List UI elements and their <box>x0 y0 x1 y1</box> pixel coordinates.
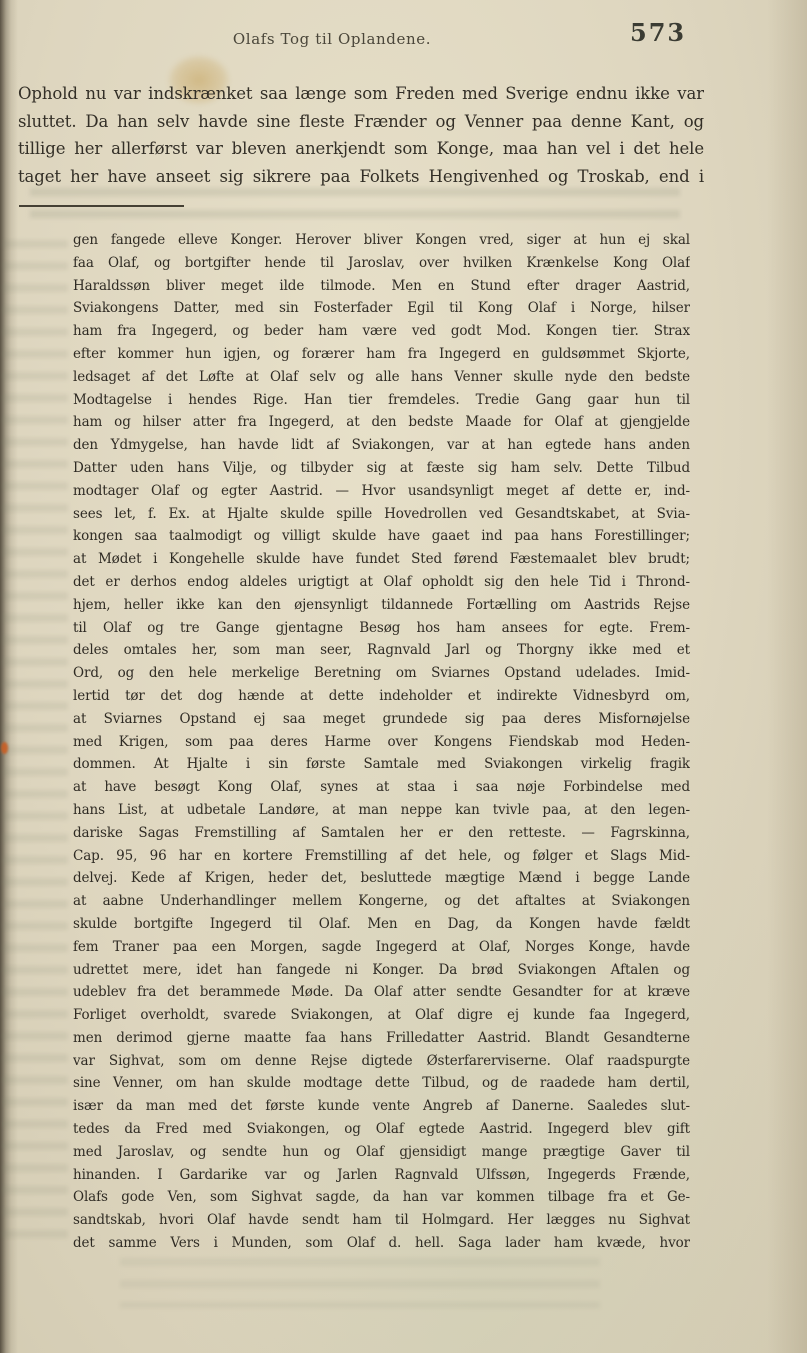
footnote-line: sees let, f. Ex. at Hjalte skulde spille… <box>73 503 690 526</box>
footnote-line: gen fangede elleve Konger. Herover blive… <box>73 229 690 252</box>
footnote-line: faa Olaf, og bortgifter hende til Jarosl… <box>73 252 690 275</box>
footnote-line: ham fra Ingegerd, og beder ham være ved … <box>73 320 690 343</box>
page-number: 573 <box>630 18 686 47</box>
footnote-line: udeblev fra det berammede Møde. Da Olaf … <box>73 981 690 1004</box>
footnote-line: efter kommer hun igjen, og forærer ham f… <box>73 343 690 366</box>
footnote-line: Modtagelse i hendes Rige. Han tier fremd… <box>73 389 690 412</box>
footnote-line: Sviakongens Datter, med sin Fosterfader … <box>73 297 690 320</box>
footnote-line: til Olaf og tre Gange gjentagne Besøg ho… <box>73 617 690 640</box>
footnote-line: ham og hilser atter fra Ingegerd, at den… <box>73 411 690 434</box>
page-right-edge-shading <box>767 0 807 1353</box>
footnote-line: lertid tør det dog hænde at dette indeho… <box>73 685 690 708</box>
footnote-line: hinanden. I Gardarike var og Jarlen Ragn… <box>73 1164 690 1187</box>
main-paragraph: Ophold nu var indskrænket saa længe som … <box>18 80 704 190</box>
footnote-line: med Krigen, som paa deres Harme over Kon… <box>73 731 690 754</box>
footnote-line: men derimod gjerne maatte faa hans Frill… <box>73 1027 690 1050</box>
text-line: taget her have anseet sig sikrere paa Fo… <box>18 163 704 191</box>
footnote-line: at Mødet i Kongehelle skulde have fundet… <box>73 548 690 571</box>
footnote-line: med Jaroslav, og sendte hun og Olaf gjen… <box>73 1141 690 1164</box>
footnote-line: deles omtales her, som man seer, Ragnval… <box>73 639 690 662</box>
footnote-line: sandtskab, hvori Olaf havde sendt ham ti… <box>73 1209 690 1232</box>
footnote-line: dariske Sagas Fremstilling af Samtalen h… <box>73 822 690 845</box>
footnote-line: at Sviarnes Opstand ej saa meget grunded… <box>73 708 690 731</box>
footnote-line: Ord, og den hele merkelige Beretning om … <box>73 662 690 685</box>
footnote-line: den Ydmygelse, han havde lidt af Sviakon… <box>73 434 690 457</box>
footnote-line: modtager Olaf og egter Aastrid. — Hvor u… <box>73 480 690 503</box>
footnote-line: Haraldssøn bliver meget ilde tilmode. Me… <box>73 275 690 298</box>
footnote-line: hjem, heller ikke kan den øjensynligt ti… <box>73 594 690 617</box>
footnote-line: at have besøgt Kong Olaf, synes at staa … <box>73 776 690 799</box>
footnote-line: fem Traner paa een Morgen, sagde Ingeger… <box>73 936 690 959</box>
footnote-block: gen fangede elleve Konger. Herover blive… <box>73 229 690 1255</box>
footnote-line: Datter uden hans Vilje, og tilbyder sig … <box>73 457 690 480</box>
footnote-line: var Sighvat, som om denne Rejse digtede … <box>73 1050 690 1073</box>
footnote-line: at aabne Underhandlinger mellem Kongerne… <box>73 890 690 913</box>
paper-speck <box>1 742 8 754</box>
footnote-separator-rule <box>19 205 184 207</box>
footnote-line: tedes da Fred med Sviakongen, og Olaf eg… <box>73 1118 690 1141</box>
footnote-line: delvej. Kede af Krigen, heder det, beslu… <box>73 867 690 890</box>
footnote-line: kongen saa taalmodigt og villigt skulde … <box>73 525 690 548</box>
footnote-line: udrettet mere, idet han fangede ni Konge… <box>73 959 690 982</box>
page-gutter-shadow <box>0 0 18 1353</box>
footnote-line: ledsaget af det Løfte at Olaf selv og al… <box>73 366 690 389</box>
text-line: tillige her allerførst var bleven anerkj… <box>18 135 704 163</box>
footnote-line: hans List, at udbetale Landøre, at man n… <box>73 799 690 822</box>
footnote-line: især da man med det første kunde vente A… <box>73 1095 690 1118</box>
scanned-book-page: Olafs Tog til Oplandene. 573 Ophold nu v… <box>0 0 807 1353</box>
bleed-through-text <box>120 1258 600 1308</box>
footnote-line: Cap. 95, 96 har en kortere Fremstilling … <box>73 845 690 868</box>
footnote-line: det samme Vers i Munden, som Olaf d. hel… <box>73 1232 690 1255</box>
footnote-line: sine Venner, om han skulde modtage dette… <box>73 1072 690 1095</box>
text-line: Ophold nu var indskrænket saa længe som … <box>18 80 704 108</box>
footnote-line: dommen. At Hjalte i sin første Samtale m… <box>73 753 690 776</box>
running-title: Olafs Tog til Oplandene. <box>232 30 432 48</box>
footnote-line: Forliget overholdt, svarede Sviakongen, … <box>73 1004 690 1027</box>
text-line: sluttet. Da han selv havde sine fleste F… <box>18 108 704 136</box>
footnote-line: skulde bortgifte Ingegerd til Olaf. Men … <box>73 913 690 936</box>
footnote-line: det er derhos endog aldeles urigtigt at … <box>73 571 690 594</box>
footnote-line: Olafs gode Ven, som Sighvat sagde, da ha… <box>73 1186 690 1209</box>
